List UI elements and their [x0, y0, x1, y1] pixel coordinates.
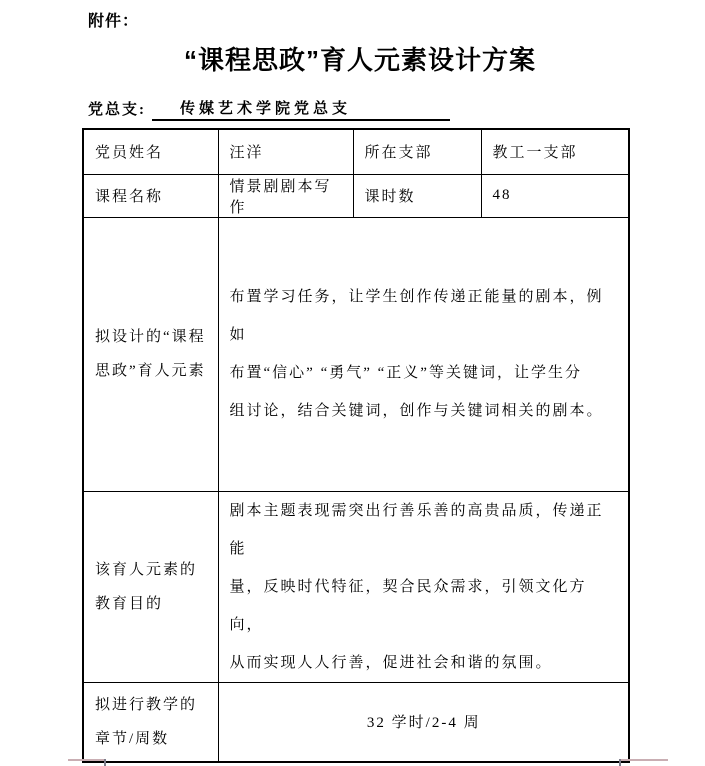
corner-mark-tick — [104, 759, 106, 766]
cell-hours-value: 48 — [481, 174, 629, 217]
document-page: 附件： “课程思政”育人元素设计方案 党总支: 传媒艺术学院党总支 党员姓名 汪… — [0, 0, 705, 766]
cell-course-name-label: 课程名称 — [83, 174, 218, 217]
party-branch-label: 党总支: — [88, 98, 146, 121]
cell-designed-elements-label: 拟设计的“课程 思政”育人元素 — [83, 217, 218, 491]
cell-chapter-weeks-value: 32 学时/2-4 周 — [218, 682, 629, 762]
cell-chapter-weeks-label: 拟进行教学的 章节/周数 — [83, 682, 218, 762]
cell-designed-elements-content: 布置学习任务，让学生创作传递正能量的剧本，例如 布置“信心” “勇气” “正义”… — [218, 217, 629, 491]
cell-hours-label: 课时数 — [353, 174, 481, 217]
party-branch-value: 传媒艺术学院党总支 — [152, 97, 351, 118]
cell-member-name-label: 党员姓名 — [83, 129, 218, 174]
attachment-label: 附件： — [88, 8, 139, 31]
table-row: 课程名称 情景剧剧本写作 课时数 48 — [83, 174, 629, 217]
cell-branch-label: 所在支部 — [353, 129, 481, 174]
cell-branch-value: 教工一支部 — [481, 129, 629, 174]
table-row: 该育人元素的 教育目的 剧本主题表现需突出行善乐善的高贵品质，传递正能 量，反映… — [83, 491, 629, 682]
corner-mark-tick — [619, 759, 621, 766]
corner-mark-line — [68, 759, 105, 761]
party-branch-underline: 传媒艺术学院党总支 — [152, 97, 450, 121]
table-row: 拟设计的“课程 思政”育人元素 布置学习任务，让学生创作传递正能量的剧本，例如 … — [83, 217, 629, 491]
cell-education-purpose-content: 剧本主题表现需突出行善乐善的高贵品质，传递正能 量，反映时代特征，契合民众需求，… — [218, 491, 629, 682]
table-row: 拟进行教学的 章节/周数 32 学时/2-4 周 — [83, 682, 629, 762]
table-row: 党员姓名 汪洋 所在支部 教工一支部 — [83, 129, 629, 174]
next-page-corner-mark-right — [620, 759, 668, 761]
cell-member-name-value: 汪洋 — [218, 129, 353, 174]
next-page-corner-mark-left — [68, 759, 105, 761]
design-plan-table: 党员姓名 汪洋 所在支部 教工一支部 课程名称 情景剧剧本写作 课时数 48 拟… — [82, 128, 630, 763]
cell-course-name-value: 情景剧剧本写作 — [218, 174, 353, 217]
page-title: “课程思政”育人元素设计方案 — [85, 40, 635, 77]
party-branch-line: 党总支: 传媒艺术学院党总支 — [88, 97, 450, 121]
cell-education-purpose-label: 该育人元素的 教育目的 — [83, 491, 218, 682]
corner-mark-line — [620, 759, 668, 761]
